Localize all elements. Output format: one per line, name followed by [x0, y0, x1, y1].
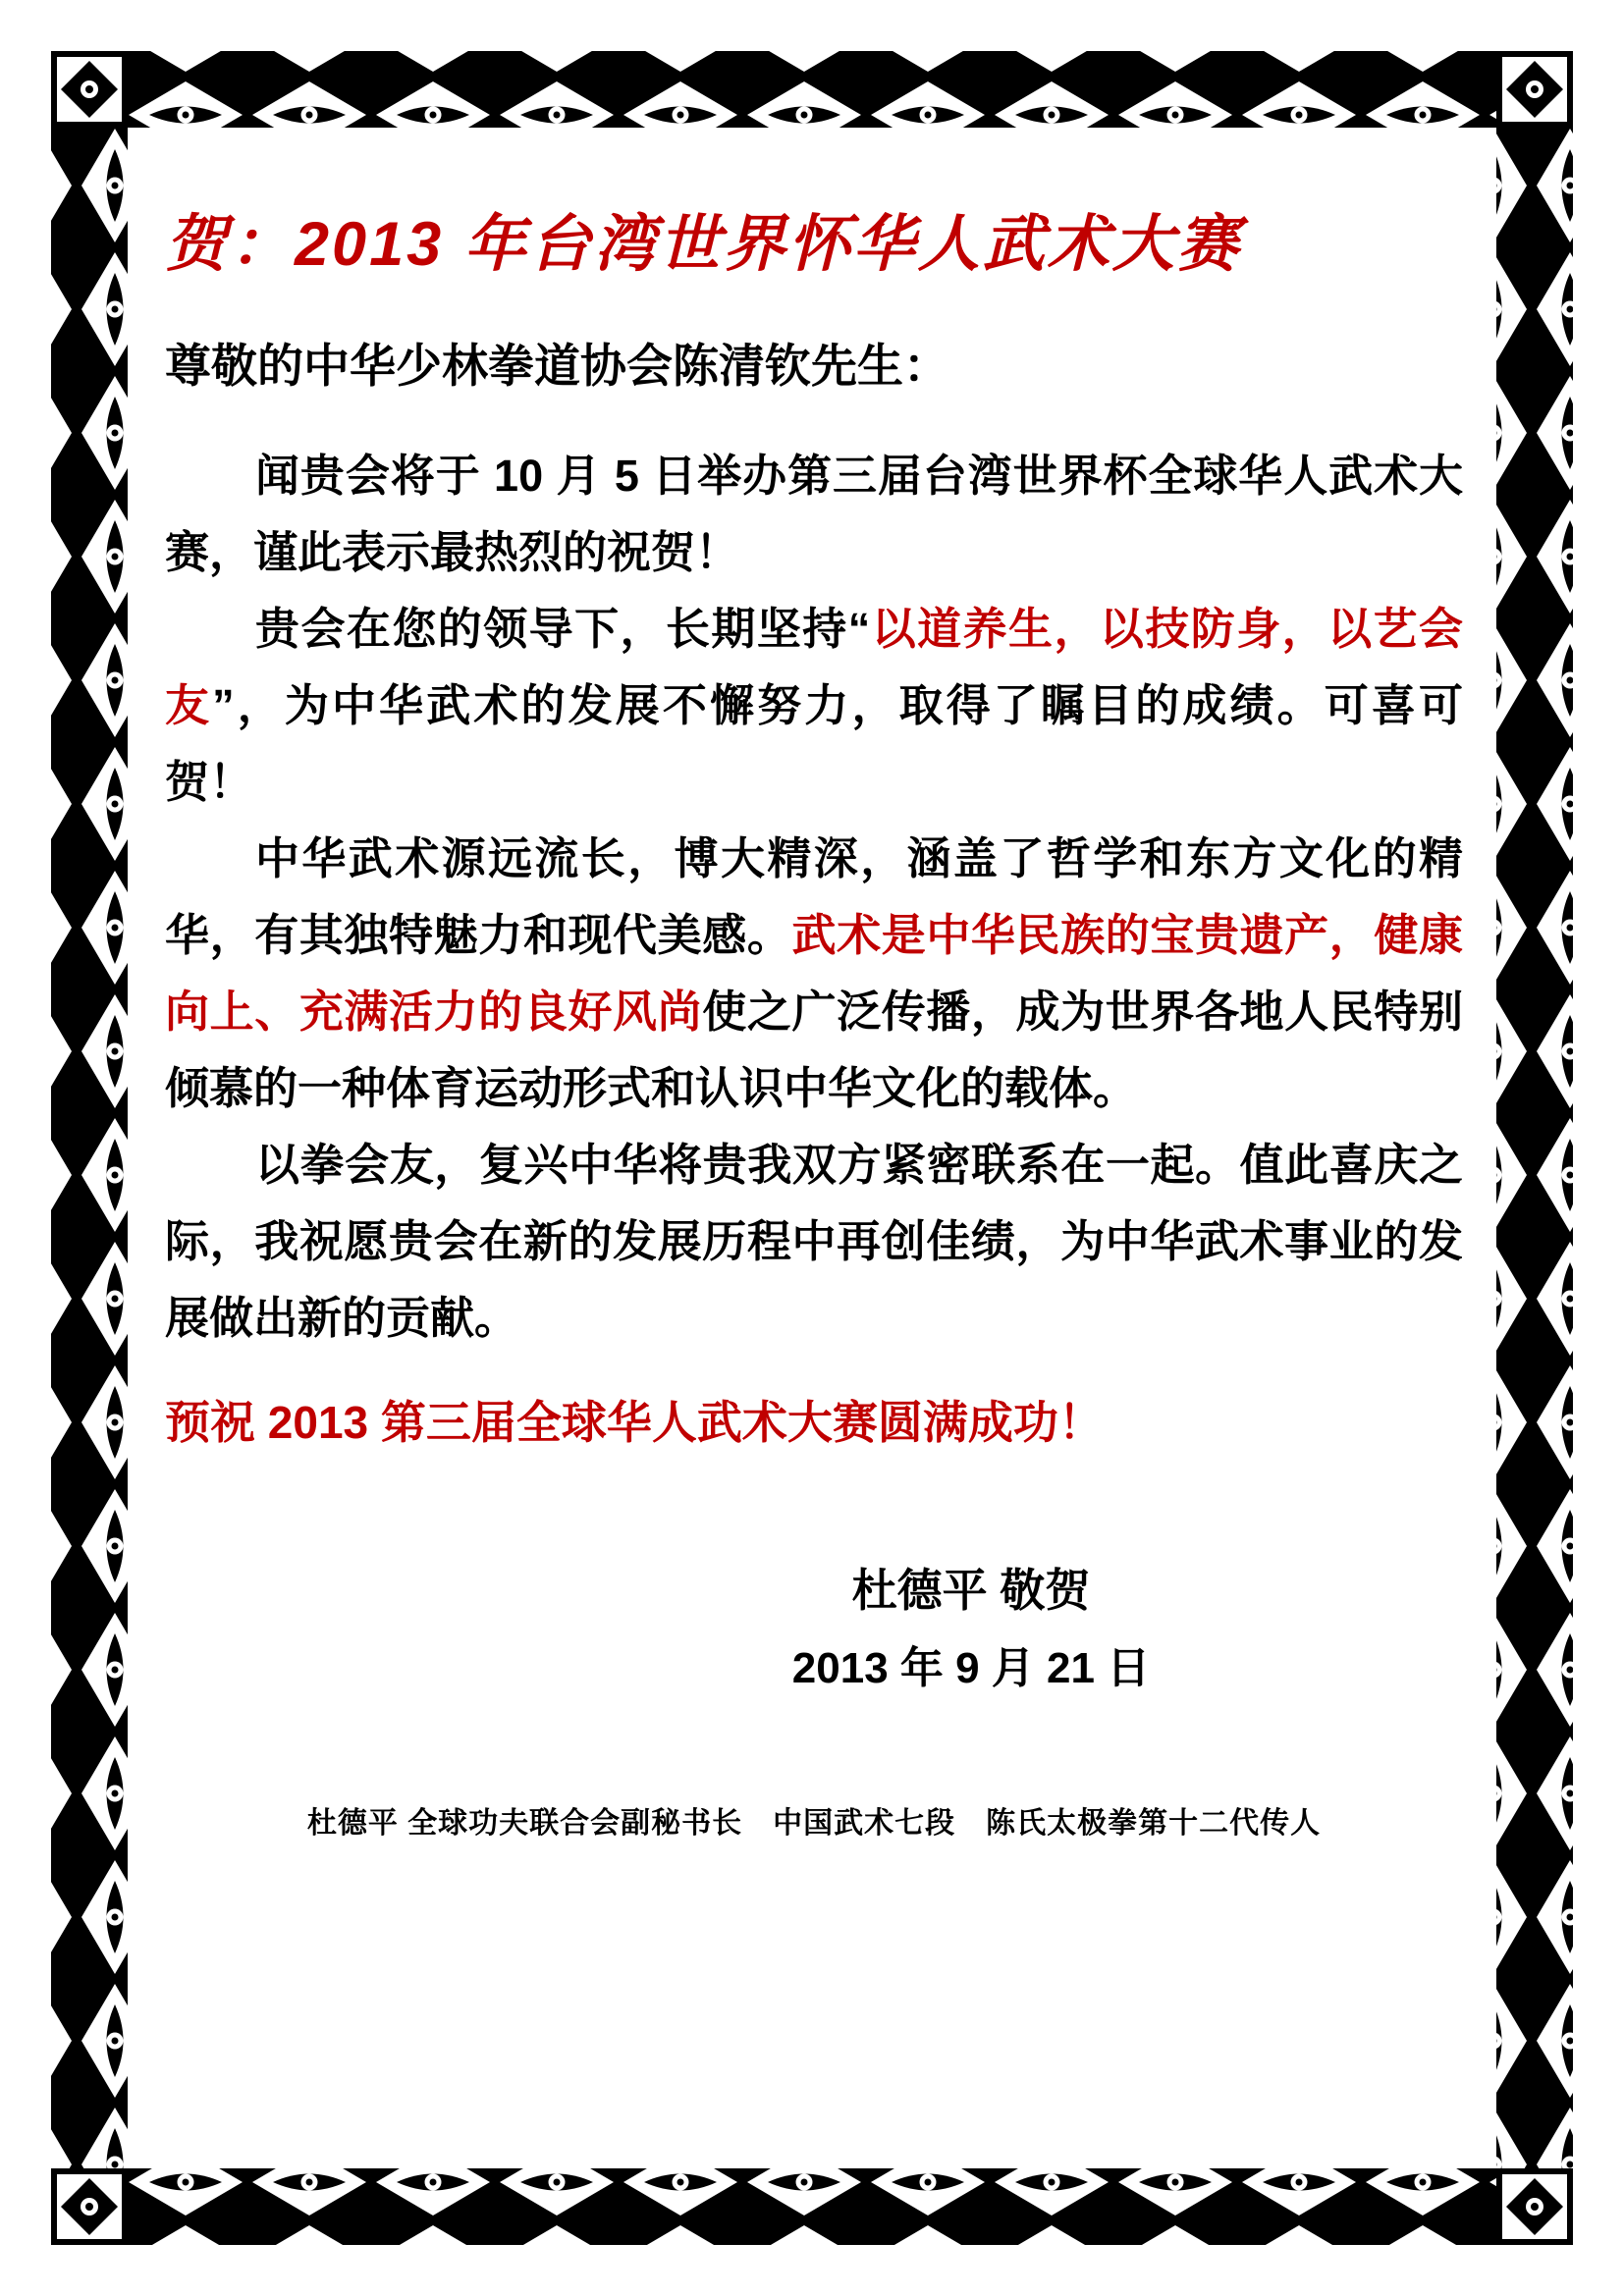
border-corner-ornament-top-left	[54, 54, 125, 125]
border-band-right	[1496, 128, 1573, 2168]
border-band-left	[51, 128, 128, 2168]
letter-page: { "letter": { "title": "贺：2013 年台湾世界怀华人武…	[0, 0, 1624, 2296]
signature-date: 2013 年 9 月 21 日	[479, 1629, 1463, 1708]
border-band-bottom	[128, 2168, 1496, 2245]
body-text: 以拳会友，复兴中华将贵我双方紧密联系在一起。值此喜庆之际，我祝愿贵会在新的发展历…	[165, 1140, 1463, 1343]
signature-name: 杜德平 敬贺	[479, 1551, 1463, 1629]
salutation: 尊敬的中华少林拳道协会陈清钦先生：	[165, 336, 1463, 397]
footer-credentials: 杜德平 全球功夫联合会副秘书长 中国武术七段 陈氏太极拳第十二代传人	[165, 1798, 1463, 1842]
letter-content: 贺：2013 年台湾世界怀华人武术大赛 尊敬的中华少林拳道协会陈清钦先生： 闻贵…	[165, 204, 1463, 1842]
paragraph: 以拳会友，复兴中华将贵我双方紧密联系在一起。值此喜庆之际，我祝愿贵会在新的发展历…	[165, 1127, 1463, 1357]
border-corner-ornament-top-right	[1499, 54, 1570, 125]
wish-line: 预祝 2013 第三届全球华人武术大赛圆满成功！	[165, 1388, 1463, 1457]
paragraphs: 闻贵会将于 10 月 5 日举办第三届台湾世界杯全球华人武术大赛，谨此表示最热烈…	[165, 438, 1463, 1357]
signature-block: 杜德平 敬贺 2013 年 9 月 21 日	[165, 1551, 1463, 1708]
border-corner-ornament-bottom-left	[54, 2171, 125, 2242]
border-corner-ornament-bottom-right	[1499, 2171, 1570, 2242]
body-text: ”，为中华武术的发展不懈努力，取得了瞩目的成绩。可喜可贺！	[165, 680, 1463, 807]
body-text: 闻贵会将于 10 月 5 日举办第三届台湾世界杯全球华人武术大赛，谨此表示最热烈…	[165, 451, 1463, 577]
paragraph: 贵会在您的领导下，长期坚持“以道养生，以技防身，以艺会友”，为中华武术的发展不懈…	[165, 591, 1463, 821]
body-text: 贵会在您的领导下，长期坚持“	[255, 604, 870, 654]
border-band-top	[128, 51, 1496, 128]
paragraph: 闻贵会将于 10 月 5 日举办第三届台湾世界杯全球华人武术大赛，谨此表示最热烈…	[165, 438, 1463, 591]
paragraph: 中华武术源远流长，博大精深，涵盖了哲学和东方文化的精华，有其独特魅力和现代美感。…	[165, 821, 1463, 1127]
letter-title: 贺：2013 年台湾世界怀华人武术大赛	[165, 204, 1463, 285]
